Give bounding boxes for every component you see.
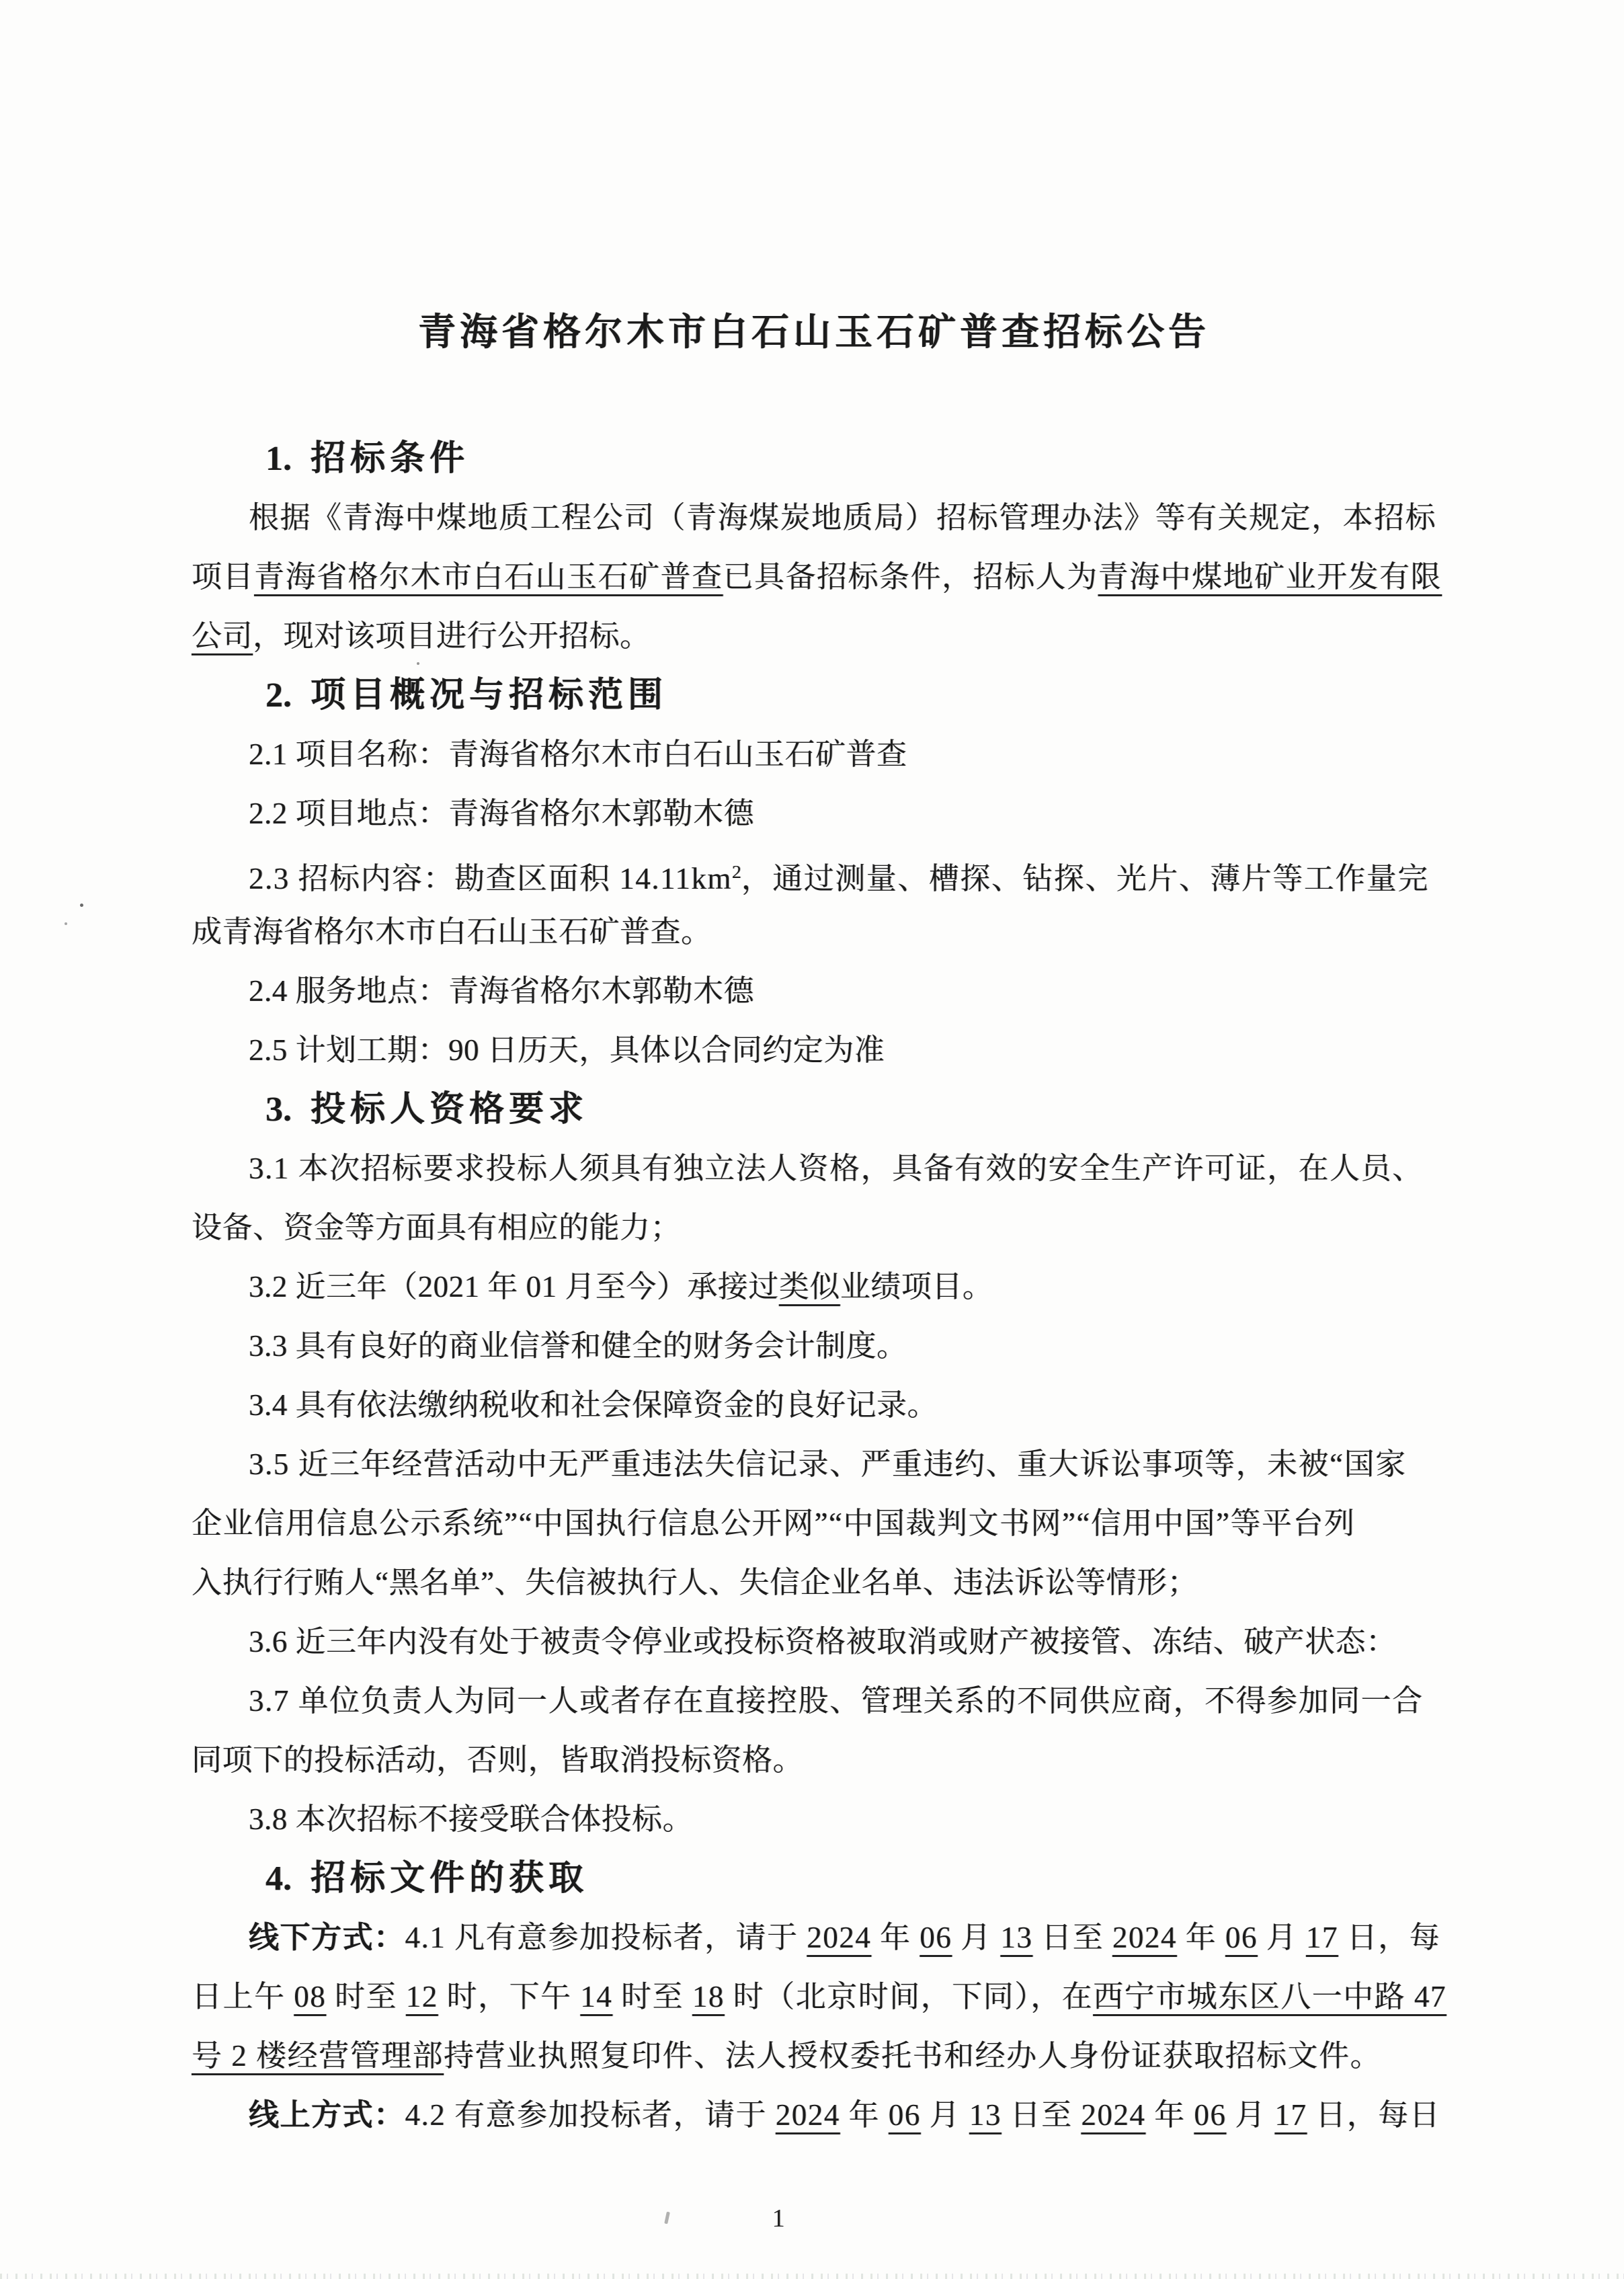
item-3-1-line-2: 设备、资金等方面具有相应的能力； bbox=[192, 1198, 1436, 1257]
document-title: 青海省格尔木市白石山玉石矿普查招标公告 bbox=[192, 303, 1436, 362]
text-segment: ，通过测量、槽探、钻探、光片、薄片等工作量完 bbox=[741, 862, 1429, 895]
text-segment: 4. bbox=[266, 1860, 292, 1898]
text-segment: 2.3 招标内容：勘查区面积 14.11km bbox=[249, 862, 732, 895]
text-segment: 2.1 项目名称：青海省格尔木市白石山玉石矿普查 bbox=[249, 737, 907, 771]
item-3-5-line-1: 3.5 近三年经营活动中无严重违法失信记录、严重违约、重大诉讼事项等，未被“国家 bbox=[192, 1435, 1436, 1494]
item-3-2: 3.2 近三年（2021 年 01 月至今）承接过类似业绩项目。 bbox=[192, 1257, 1436, 1316]
text-segment: 招标文件的获取 bbox=[311, 1859, 588, 1898]
text-segment: 设备、资金等方面具有相应的能力； bbox=[192, 1211, 681, 1244]
section-3-heading: 3.投标人资格要求 bbox=[192, 1080, 1436, 1139]
underlined-text: 青海中煤地矿业开发有限 bbox=[1098, 560, 1443, 594]
text-segment: 年 bbox=[871, 1921, 920, 1954]
item-3-1-line-1: 3.1 本次招标要求投标人须具有独立法人资格，具备有效的安全生产许可证，在人员、 bbox=[192, 1139, 1436, 1198]
text-segment: 时至 bbox=[612, 1980, 692, 2013]
scan-artifact-dot bbox=[472, 817, 475, 819]
underlined-text: 号 2 楼经营管理部 bbox=[192, 2039, 444, 2073]
item-3-6: 3.6 近三年内没有处于被责令停业或投标资格被取消或财产被接管、冻结、破产状态： bbox=[192, 1612, 1436, 1671]
text-segment: 日，每 bbox=[1338, 1921, 1440, 1954]
section-4-heading: 4.招标文件的获取 bbox=[192, 1849, 1436, 1908]
underlined-text: 2024 bbox=[776, 2098, 840, 2132]
section-1-heading: 1.招标条件 bbox=[192, 429, 1436, 488]
text-segment: 时至 bbox=[326, 1980, 406, 2013]
underlined-text: 类似 bbox=[779, 1270, 840, 1304]
text-segment: 投标人资格要求 bbox=[311, 1090, 588, 1129]
text-segment: 3.1 本次招标要求投标人须具有独立法人资格，具备有效的安全生产许可证，在人员、 bbox=[249, 1152, 1424, 1185]
text-segment: 项目概况与招标范围 bbox=[311, 676, 667, 715]
item-4-1-line-2: 日上午 08 时至 12 时，下午 14 时至 18 时（北京时间，下同），在西… bbox=[192, 1967, 1436, 2026]
underlined-text: 2024 bbox=[1112, 1921, 1177, 1954]
text-segment: 时（北京时间，下同），在 bbox=[725, 1980, 1093, 2013]
section-1-para-line-3: 公司，现对该项目进行公开招标。 bbox=[192, 606, 1436, 666]
underlined-text: 2024 bbox=[807, 1921, 871, 1954]
text-segment: 4.1 凡有意参加投标者，请于 bbox=[405, 1921, 807, 1954]
underlined-text: 06 bbox=[1194, 2098, 1226, 2132]
text-segment: 月 bbox=[921, 2098, 969, 2132]
text-segment: 月 bbox=[1226, 2098, 1274, 2132]
item-3-5-line-3: 入执行行贿人“黑名单”、失信被执行人、失信企业名单、违法诉讼等情形； bbox=[192, 1553, 1436, 1612]
item-3-5-line-2: 企业信用信息公示系统”“中国执行信息公开网”“中国裁判文书网”“信用中国”等平台… bbox=[192, 1494, 1436, 1553]
underlined-text: 13 bbox=[1000, 1921, 1032, 1954]
text-segment: 招标条件 bbox=[311, 439, 469, 478]
text-segment: ，现对该项目进行公开招标。 bbox=[253, 619, 651, 653]
underlined-text: 12 bbox=[406, 1980, 438, 2013]
text-segment: 1. bbox=[266, 440, 292, 478]
text-segment: 线上方式： bbox=[249, 2097, 405, 2132]
underlined-text: 14 bbox=[580, 1980, 612, 2013]
text-segment: 成青海省格尔木市白石山玉石矿普查。 bbox=[192, 915, 712, 949]
item-3-8: 3.8 本次招标不接受联合体投标。 bbox=[192, 1790, 1436, 1849]
item-2-5: 2.5 计划工期：90 日历天，具体以合同约定为准 bbox=[192, 1021, 1436, 1080]
text-segment: 3.6 近三年内没有处于被责令停业或投标资格被取消或财产被接管、冻结、破产状态： bbox=[249, 1625, 1397, 1658]
text-segment: 2 bbox=[732, 862, 741, 883]
underlined-text: 公司 bbox=[192, 619, 253, 653]
section-1-para-line-2: 项目青海省格尔木市白石山玉石矿普查已具备招标条件，招标人为青海中煤地矿业开发有限 bbox=[192, 547, 1436, 606]
item-3-3: 3.3 具有良好的商业信誉和健全的财务会计制度。 bbox=[192, 1316, 1436, 1375]
item-3-4: 3.4 具有依法缴纳税收和社会保障资金的良好记录。 bbox=[192, 1375, 1436, 1435]
text-segment: 青海省格尔木市白石山玉石矿普查招标公告 bbox=[418, 311, 1210, 353]
text-segment: 月 bbox=[952, 1921, 1000, 1954]
underlined-text: 青海省格尔木市白石山玉石矿普查 bbox=[254, 560, 723, 594]
underlined-text: 西宁市城东区八一中路 47 bbox=[1093, 1980, 1447, 2013]
text-segment: 2. bbox=[266, 676, 292, 715]
text-segment: 3. bbox=[266, 1090, 292, 1129]
text-segment: 3.3 具有良好的商业信誉和健全的财务会计制度。 bbox=[249, 1329, 907, 1363]
text-segment: 月 bbox=[1258, 1921, 1306, 1954]
text-segment: 日至 bbox=[1002, 2098, 1082, 2132]
underlined-text: 17 bbox=[1274, 2098, 1307, 2132]
text-segment: 年 bbox=[840, 2098, 889, 2132]
text-segment: 3.7 单位负责人为同一人或者存在直接控股、管理关系的不同供应商，不得参加同一合 bbox=[249, 1684, 1424, 1718]
item-2-1: 2.1 项目名称：青海省格尔木市白石山玉石矿普查 bbox=[192, 725, 1436, 784]
scan-artifact-dot bbox=[65, 922, 67, 925]
text-segment: 日，每日 bbox=[1307, 2098, 1440, 2132]
underlined-text: 18 bbox=[692, 1980, 725, 2013]
text-segment: 2.5 计划工期：90 日历天，具体以合同约定为准 bbox=[249, 1033, 885, 1067]
item-2-2: 2.2 项目地点：青海省格尔木郭勒木德 bbox=[192, 784, 1436, 843]
section-2-heading: 2.项目概况与招标范围 bbox=[192, 666, 1436, 725]
text-segment: 年 bbox=[1177, 1921, 1225, 1954]
text-segment: 持营业执照复印件、法人授权委托书和经办人身份证获取招标文件。 bbox=[444, 2039, 1381, 2073]
underlined-text: 06 bbox=[889, 2098, 921, 2132]
text-segment: 3.4 具有依法缴纳税收和社会保障资金的良好记录。 bbox=[249, 1388, 938, 1422]
text-segment: 3.5 近三年经营活动中无严重违法失信记录、严重违约、重大诉讼事项等，未被“国家 bbox=[249, 1447, 1406, 1481]
item-2-3-line-1: 2.3 招标内容：勘查区面积 14.11km2，通过测量、槽探、钻探、光片、薄片… bbox=[192, 843, 1436, 902]
text-segment: 3.2 近三年（2021 年 01 月至今）承接过 bbox=[249, 1270, 779, 1304]
text-segment: 企业信用信息公示系统”“中国执行信息公开网”“中国裁判文书网”“信用中国”等平台… bbox=[192, 1507, 1355, 1540]
underlined-text: 13 bbox=[969, 2098, 1002, 2132]
page-number: 1 bbox=[0, 2204, 1557, 2233]
section-1-para-line-1: 根据《青海中煤地质工程公司（青海煤炭地质局）招标管理办法》等有关规定，本招标 bbox=[192, 488, 1436, 547]
text-segment: 业绩项目。 bbox=[840, 1270, 993, 1304]
scan-edge-noise bbox=[0, 2274, 1624, 2279]
text-segment: 日上午 bbox=[192, 1980, 294, 2013]
underlined-text: 08 bbox=[294, 1980, 326, 2013]
text-segment: 同项下的投标活动，否则，皆取消投标资格。 bbox=[192, 1743, 803, 1777]
text-segment: 日至 bbox=[1032, 1921, 1112, 1954]
underlined-text: 17 bbox=[1306, 1921, 1338, 1954]
item-3-7-line-1: 3.7 单位负责人为同一人或者存在直接控股、管理关系的不同供应商，不得参加同一合 bbox=[192, 1671, 1436, 1730]
text-segment: 4.2 有意参加投标者，请于 bbox=[405, 2098, 776, 2132]
scan-artifact-dot bbox=[417, 662, 419, 665]
text-segment: 项目 bbox=[192, 560, 254, 594]
text-segment: 2.2 项目地点：青海省格尔木郭勒木德 bbox=[249, 797, 754, 830]
text-segment: 时，下午 bbox=[438, 1980, 581, 2013]
item-2-4: 2.4 服务地点：青海省格尔木郭勒木德 bbox=[192, 961, 1436, 1021]
document-content: 青海省格尔木市白石山玉石矿普查招标公告1.招标条件根据《青海中煤地质工程公司（青… bbox=[192, 303, 1436, 2145]
text-segment: 已具备招标条件，招标人为 bbox=[723, 560, 1098, 594]
text-segment: 线下方式： bbox=[249, 1920, 405, 1954]
underlined-text: 06 bbox=[1225, 1921, 1258, 1954]
scan-artifact-dot bbox=[80, 904, 83, 907]
text-segment: 2.4 服务地点：青海省格尔木郭勒木德 bbox=[249, 974, 754, 1008]
text-segment: 年 bbox=[1145, 2098, 1194, 2132]
underlined-text: 06 bbox=[920, 1921, 952, 1954]
text-segment: 3.8 本次招标不接受联合体投标。 bbox=[249, 1802, 693, 1836]
text-segment: 根据《青海中煤地质工程公司（青海煤炭地质局）招标管理办法》等有关规定，本招标 bbox=[249, 501, 1436, 534]
underlined-text: 2024 bbox=[1081, 2098, 1145, 2132]
item-4-1-line-1: 线下方式：4.1 凡有意参加投标者，请于 2024 年 06 月 13 日至 2… bbox=[192, 1908, 1436, 1967]
item-3-7-line-2: 同项下的投标活动，否则，皆取消投标资格。 bbox=[192, 1730, 1436, 1790]
text-segment: 入执行行贿人“黑名单”、失信被执行人、失信企业名单、违法诉讼等情形； bbox=[192, 1566, 1198, 1599]
item-4-1-line-3: 号 2 楼经营管理部持营业执照复印件、法人授权委托书和经办人身份证获取招标文件。 bbox=[192, 2026, 1436, 2085]
item-4-2-line-1: 线上方式：4.2 有意参加投标者，请于 2024 年 06 月 13 日至 20… bbox=[192, 2085, 1436, 2145]
document-page: 青海省格尔木市白石山玉石矿普查招标公告1.招标条件根据《青海中煤地质工程公司（青… bbox=[0, 0, 1624, 2279]
item-2-3-line-2: 成青海省格尔木市白石山玉石矿普查。 bbox=[192, 902, 1436, 961]
